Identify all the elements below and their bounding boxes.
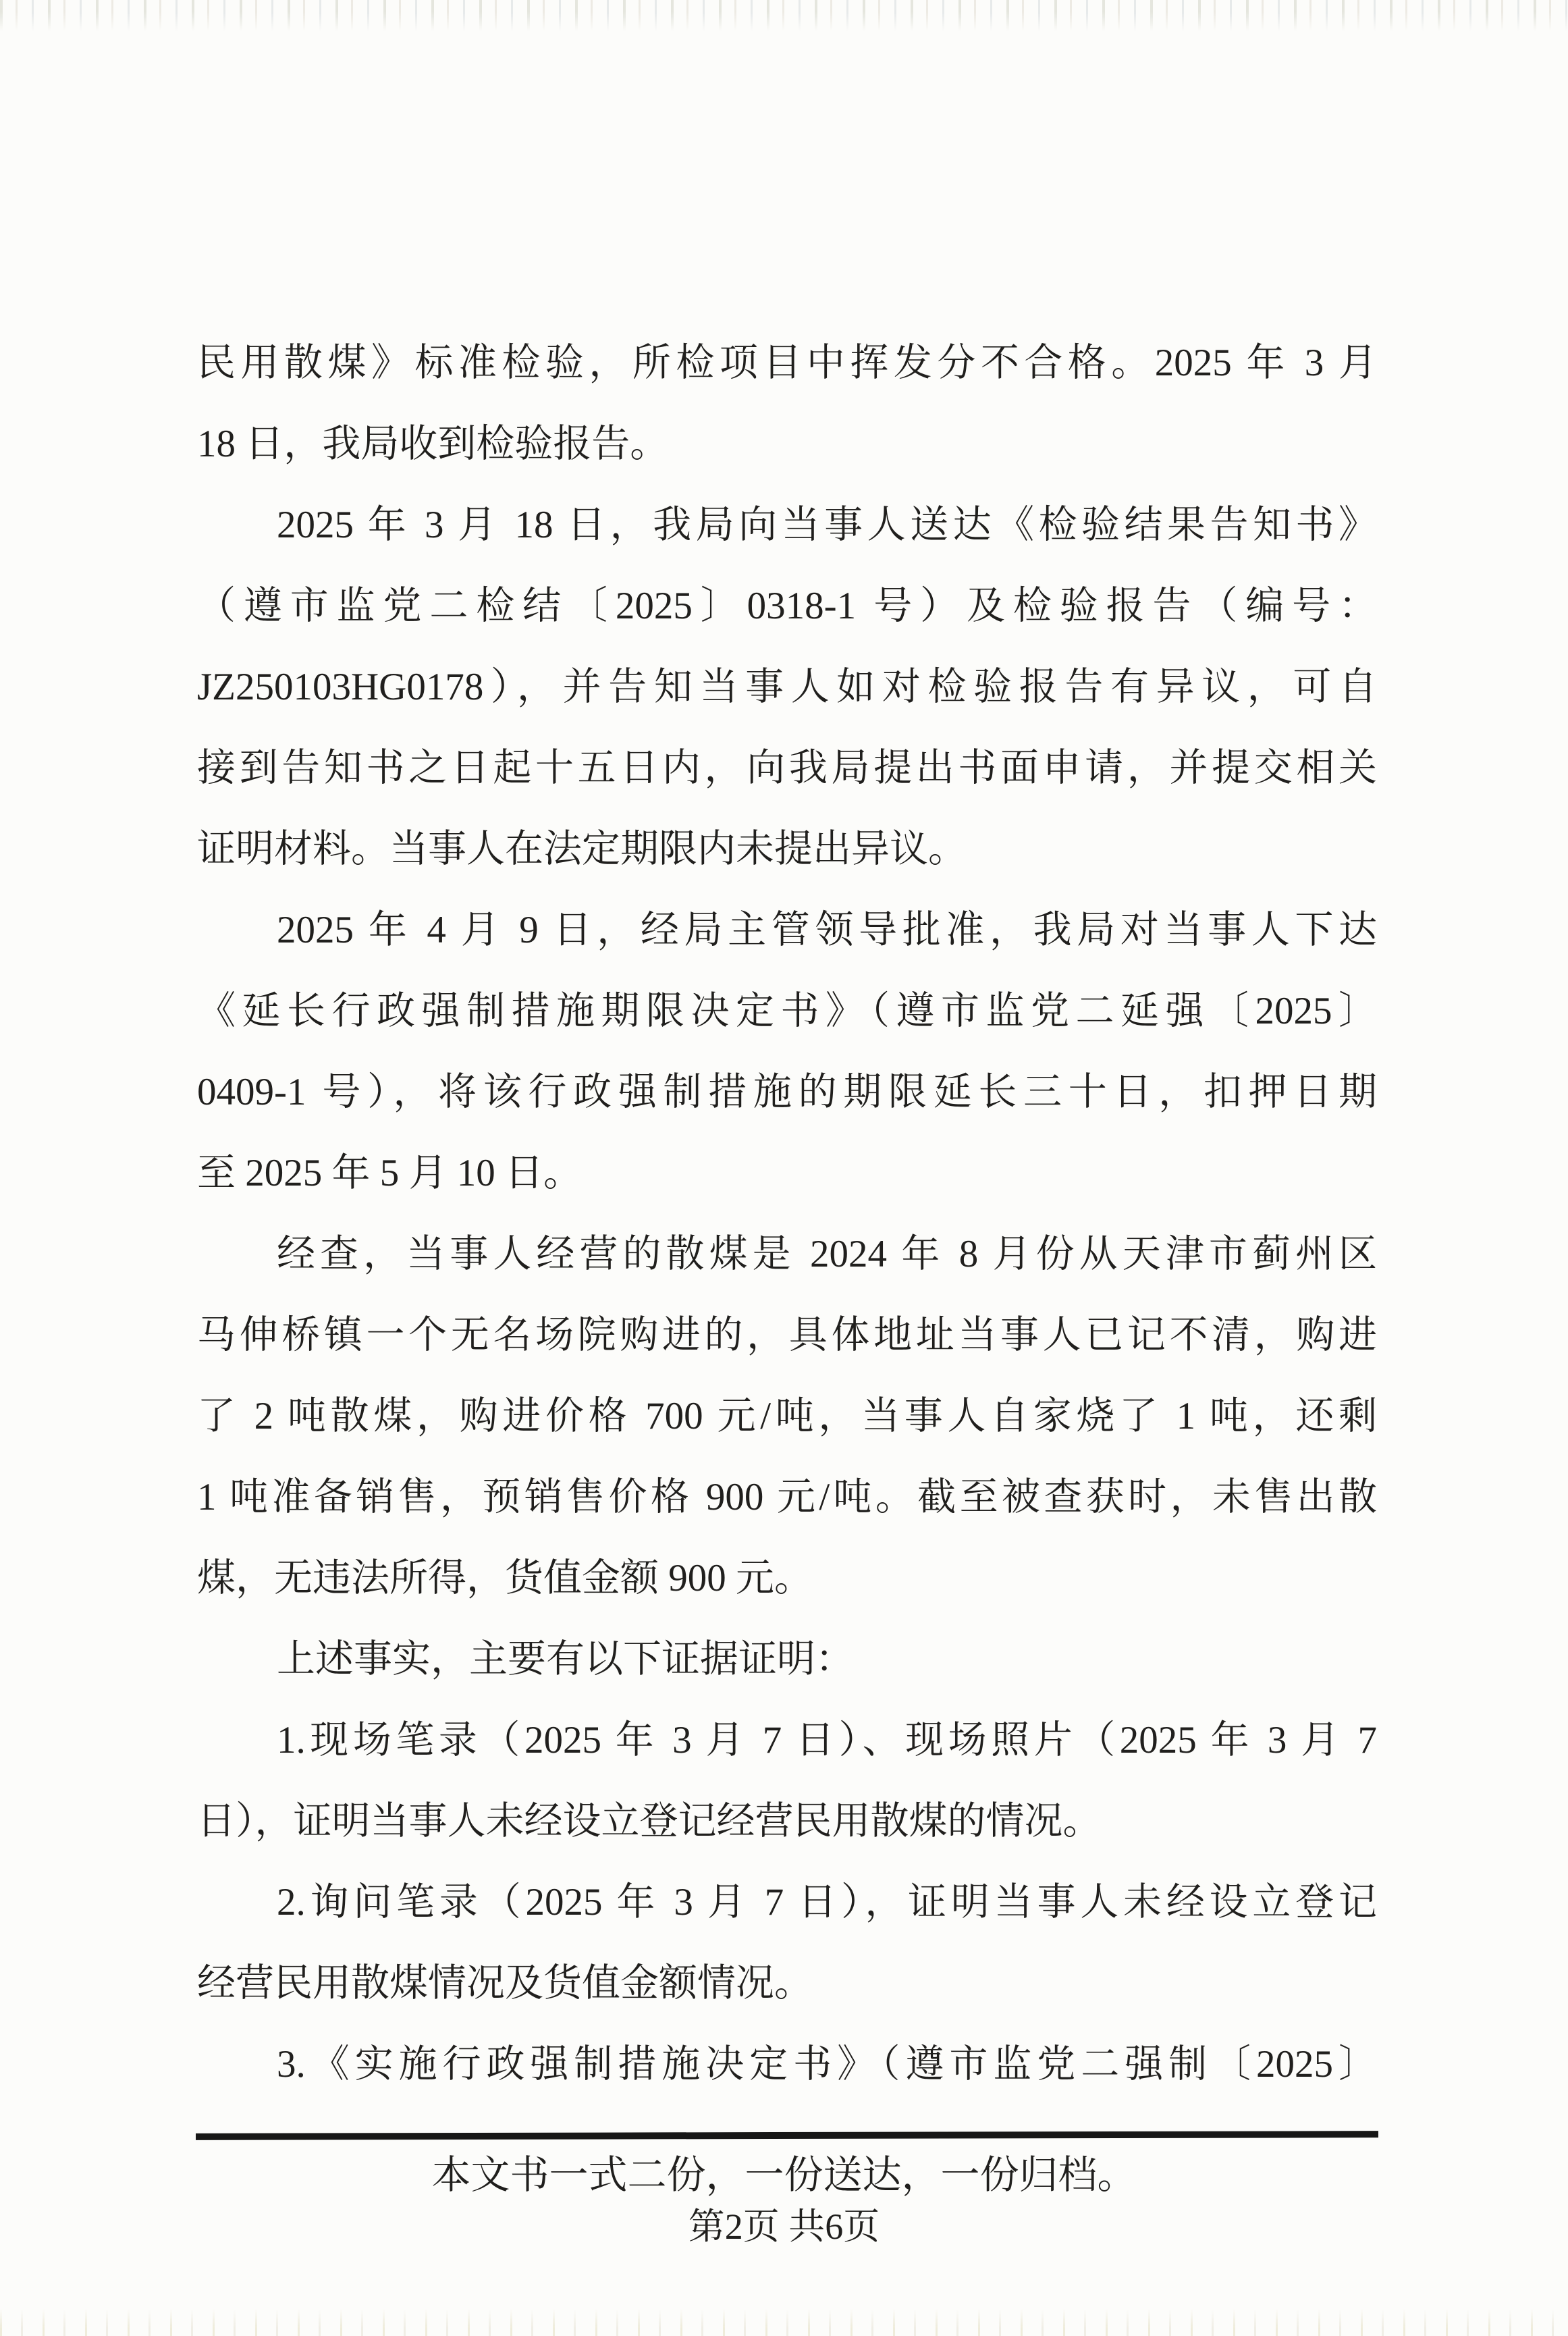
- body-line: 经查，当事人经营的散煤是 2024 年 8 月份从天津市蓟州区: [197, 1214, 1377, 1295]
- body-line: 煤，无违法所得，货值金额 900 元。: [197, 1538, 1377, 1619]
- body-line: 18 日，我局收到检验报告。: [197, 404, 1377, 485]
- body-line: 3.《实施行政强制措施决定书》（遵市监党二强制〔2025〕: [197, 2024, 1377, 2105]
- scanned-document-page: 民用散煤》标准检验，所检项目中挥发分不合格。2025 年 3 月 18 日，我局…: [0, 0, 1568, 2336]
- body-line: 1.现场笔录（2025 年 3 月 7 日）、现场照片（2025 年 3 月 7: [197, 1700, 1377, 1781]
- body-line: 经营民用散煤情况及货值金额情况。: [197, 1943, 1377, 2024]
- scan-artifact-bottom-edge: [0, 2305, 1568, 2336]
- body-line: 了 2 吨散煤，购进价格 700 元/吨，当事人自家烧了 1 吨，还剩: [197, 1376, 1377, 1457]
- body-line: 上述事实，主要有以下证据证明：: [197, 1619, 1377, 1700]
- body-line: 《延长行政强制措施期限决定书》（遵市监党二延强〔2025〕: [197, 971, 1377, 1052]
- body-line: 证明材料。当事人在法定期限内未提出异议。: [197, 809, 1377, 890]
- body-line: 日），证明当事人未经设立登记经营民用散煤的情况。: [197, 1781, 1377, 1862]
- body-line: 民用散煤》标准检验，所检项目中挥发分不合格。2025 年 3 月: [197, 323, 1377, 404]
- body-line: 2025 年 3 月 18 日，我局向当事人送达《检验结果告知书》: [197, 485, 1377, 566]
- body-line: 至 2025 年 5 月 10 日。: [197, 1133, 1377, 1214]
- body-line: 马伸桥镇一个无名场院购进的，具体地址当事人已记不清，购进: [197, 1295, 1377, 1376]
- body-line: 0409-1 号），将该行政强制措施的期限延长三十日，扣押日期: [197, 1052, 1377, 1133]
- body-line: 2025 年 4 月 9 日，经局主管领导批准，我局对当事人下达: [197, 890, 1377, 971]
- body-line: 1 吨准备销售，预销售价格 900 元/吨。截至被查获时，未售出散: [197, 1457, 1377, 1538]
- body-line: 接到告知书之日起十五日内，向我局提出书面申请，并提交相关: [197, 728, 1377, 809]
- body-line: JZ250103HG0178），并告知当事人如对检验报告有异议，可自: [197, 647, 1377, 728]
- document-body: 民用散煤》标准检验，所检项目中挥发分不合格。2025 年 3 月 18 日，我局…: [197, 323, 1377, 2105]
- body-line: （遵市监党二检结〔2025〕0318-1 号）及检验报告（编号：: [197, 566, 1377, 647]
- body-line: 2.询问笔录（2025 年 3 月 7 日），证明当事人未经设立登记: [197, 1862, 1377, 1943]
- scan-artifact-top-edge: [0, 0, 1568, 35]
- footer-note: 本文书一式二份，一份送达，一份归档。: [0, 2150, 1568, 2201]
- page-indicator: 第2页 共6页: [0, 2202, 1568, 2251]
- footer-divider: [196, 2131, 1378, 2140]
